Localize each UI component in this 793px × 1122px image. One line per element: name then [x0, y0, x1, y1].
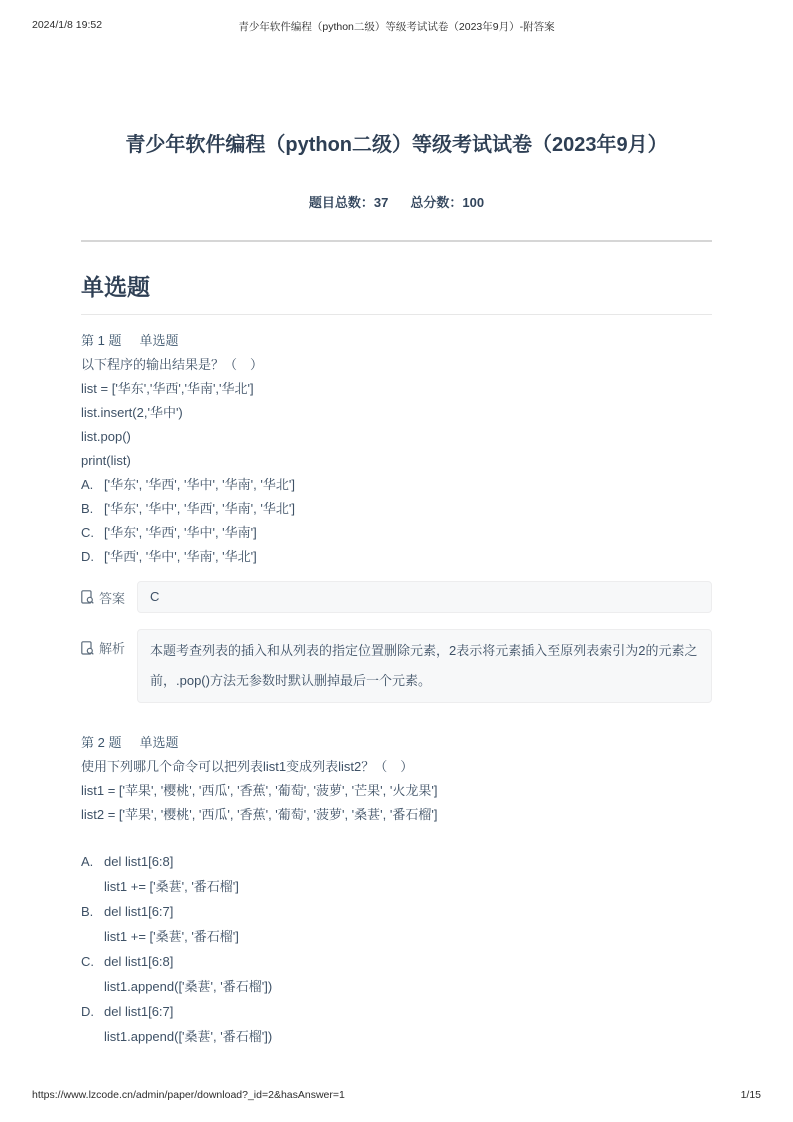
option-text-line2: list1 += ['桑葚', '番石榴'] [104, 874, 712, 899]
question-type: 单选题 [139, 731, 178, 755]
print-url: https://www.lzcode.cn/admin/paper/downlo… [32, 1089, 345, 1101]
print-page-number: 1/15 [741, 1089, 761, 1101]
analysis-box: 本题考查列表的插入和从列表的指定位置删除元素，2表示将元素插入至原列表索引为2的… [137, 629, 712, 703]
code-line: list.pop() [81, 425, 712, 449]
option-b: B. ['华东', '华中', '华西', '华南', '华北'] [81, 497, 712, 521]
option-d: D. del list1[6:7] [81, 999, 712, 1024]
question-type: 单选题 [139, 329, 178, 353]
analysis-label: 解析 [81, 629, 137, 657]
option-b: B. del list1[6:7] [81, 899, 712, 924]
file-search-icon [81, 641, 94, 655]
code-line: list2 = ['苹果', '樱桃', '西瓜', '香蕉', '葡萄', '… [81, 803, 712, 827]
question-number: 第 1 题 [81, 329, 121, 353]
option-text-line2: list1.append(['桑葚', '番石榴']) [104, 1024, 712, 1049]
question-number: 第 2 题 [81, 731, 121, 755]
option-label: D. [81, 999, 104, 1024]
option-list: A. ['华东', '华西', '华中', '华南', '华北'] B. ['华… [81, 473, 712, 569]
total-questions: 题目总数：37 [309, 194, 388, 212]
option-label: C. [81, 949, 104, 974]
print-page: 2024/1/8 19:52 青少年软件编程（python二级）等级考试试卷（2… [0, 0, 793, 1122]
option-text-line2: list1 += ['桑葚', '番石榴'] [104, 924, 712, 949]
option-a: A. ['华东', '华西', '华中', '华南', '华北'] [81, 473, 712, 497]
answer-row: 答案 C [81, 581, 712, 613]
option-label: D. [81, 545, 104, 569]
paper-content: 青少年软件编程（python二级）等级考试试卷（2023年9月） 题目总数：37… [81, 0, 712, 1049]
print-footer: https://www.lzcode.cn/admin/paper/downlo… [32, 1089, 761, 1101]
code-line: list = ['华东','华西','华南','华北'] [81, 377, 712, 401]
question-1: 第 1 题 单选题 以下程序的输出结果是？（ ） list = ['华东','华… [81, 329, 712, 703]
file-search-icon [81, 590, 94, 604]
option-c: C. del list1[6:8] [81, 949, 712, 974]
top-divider [81, 240, 712, 242]
section-divider [81, 314, 712, 315]
code-line: list1 = ['苹果', '樱桃', '西瓜', '香蕉', '葡萄', '… [81, 779, 712, 803]
question-stem: 使用下列哪几个命令可以把列表list1变成列表list2？（ ） [81, 755, 712, 779]
option-text: del list1[6:8] [104, 949, 173, 974]
option-text: ['华西', '华中', '华南', '华北'] [104, 545, 257, 569]
option-label: A. [81, 473, 104, 497]
question-stem: 以下程序的输出结果是？（ ） [81, 353, 712, 377]
option-text-line2: list1.append(['桑葚', '番石榴']) [104, 974, 712, 999]
analysis-row: 解析 本题考查列表的插入和从列表的指定位置删除元素，2表示将元素插入至原列表索引… [81, 629, 712, 703]
option-d: D. ['华西', '华中', '华南', '华北'] [81, 545, 712, 569]
option-text: ['华东', '华中', '华西', '华南', '华北'] [104, 497, 295, 521]
option-label: B. [81, 497, 104, 521]
option-list: A. del list1[6:8] list1 += ['桑葚', '番石榴']… [81, 849, 712, 1049]
question-1-meta: 第 1 题 单选题 [81, 329, 712, 353]
option-text: ['华东', '华西', '华中', '华南'] [104, 521, 257, 545]
question-2: 第 2 题 单选题 使用下列哪几个命令可以把列表list1变成列表list2？（… [81, 731, 712, 1049]
code-line: print(list) [81, 449, 712, 473]
analysis-label-text: 解析 [99, 638, 125, 657]
paper-meta: 题目总数：37 总分数：100 [81, 194, 712, 212]
option-text: del list1[6:8] [104, 849, 173, 874]
option-c: C. ['华东', '华西', '华中', '华南'] [81, 521, 712, 545]
answer-label: 答案 [81, 588, 137, 607]
option-label: A. [81, 849, 104, 874]
option-text: del list1[6:7] [104, 899, 173, 924]
option-label: B. [81, 899, 104, 924]
option-text: del list1[6:7] [104, 999, 173, 1024]
option-label: C. [81, 521, 104, 545]
answer-box: C [137, 581, 712, 613]
paper-title: 青少年软件编程（python二级）等级考试试卷（2023年9月） [81, 132, 712, 158]
option-text: ['华东', '华西', '华中', '华南', '华北'] [104, 473, 295, 497]
option-a: A. del list1[6:8] [81, 849, 712, 874]
code-line: list.insert(2,'华中') [81, 401, 712, 425]
answer-label-text: 答案 [99, 588, 125, 607]
total-score: 总分数：100 [410, 194, 484, 212]
section-title: 单选题 [81, 272, 712, 302]
question-2-meta: 第 2 题 单选题 [81, 731, 712, 755]
